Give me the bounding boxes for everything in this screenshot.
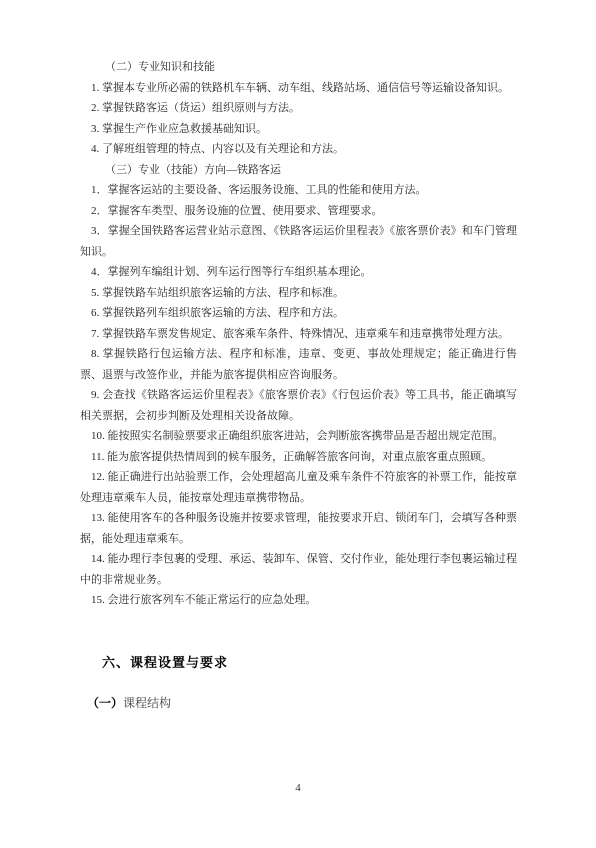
list-item: 4．掌握列车编组计划、列车运行图等行车组织基本理论。 bbox=[80, 262, 517, 283]
section-heading: 六、课程设置与要求 bbox=[80, 652, 517, 673]
list-item: 8. 掌握铁路行包运输方法、程序和标准，违章、变更、事故处理规定；能正确进行售票… bbox=[80, 344, 517, 385]
list-item: 14. 能办理行李包裹的受理、承运、装卸车、保管、交付作业，能处理行李包裹运输过… bbox=[80, 549, 517, 590]
list-item: 1. 掌握本专业所必需的铁路机车车辆、动车组、线路站场、通信信号等运输设备知识。 bbox=[80, 78, 517, 99]
list-item: 15. 会进行旅客列车不能正常运行的应急处理。 bbox=[80, 590, 517, 611]
list-item: 9. 会查找《铁路客运运价里程表》《旅客票价表》《行包运价表》等工具书，能正确填… bbox=[80, 385, 517, 426]
document-page: （二）专业知识和技能 1. 掌握本专业所必需的铁路机车车辆、动车组、线路站场、通… bbox=[0, 0, 596, 848]
list-item: 2. 掌握铁路客运（货运）组织原则与方法。 bbox=[80, 98, 517, 119]
list-item: 12. 能正确进行出站验票工作，会处理超高儿童及乘车条件不符旅客的补票工作，能按… bbox=[80, 467, 517, 508]
subsection-name: 课程结构 bbox=[123, 696, 171, 710]
list-item: 2．掌握客车类型、服务设施的位置、使用要求、管理要求。 bbox=[80, 201, 517, 222]
subsection-number: （一） bbox=[87, 696, 123, 710]
list-item: 5. 掌握铁路车站组织旅客运输的方法、程序和标准。 bbox=[80, 283, 517, 304]
page-content: （二）专业知识和技能 1. 掌握本专业所必需的铁路机车车辆、动车组、线路站场、通… bbox=[80, 57, 517, 715]
list-item: 11. 能为旅客提供热情周到的候车服务，正确解答旅客问询，对重点旅客重点照顾。 bbox=[80, 447, 517, 468]
list-item: 13. 能使用客车的各种服务设施并按要求管理，能按要求开启、锁闭车门，会填写各种… bbox=[80, 508, 517, 549]
list-item: 3．掌握全国铁路客运营业站示意图、《铁路客运运价里程表》《旅客票价表》和车门管理… bbox=[80, 221, 517, 262]
page-number: 4 bbox=[0, 782, 596, 794]
list-item: 4. 了解班组管理的特点、内容以及有关理论和方法。 bbox=[80, 139, 517, 160]
list-item: 6. 掌握铁路列车组织旅客运输的方法、程序和方法。 bbox=[80, 303, 517, 324]
list-item: 10. 能按照实名制验票要求正确组织旅客进站，会判断旅客携带品是否超出规定范围。 bbox=[80, 426, 517, 447]
list-item: 1．掌握客运站的主要设备、客运服务设施、工具的性能和使用方法。 bbox=[80, 180, 517, 201]
subsection-title: （一）课程结构 bbox=[80, 693, 517, 715]
subsection-heading-part-two: （二）专业知识和技能 bbox=[80, 57, 517, 78]
list-item: 7. 掌握铁路车票发售规定、旅客乘车条件、特殊情况、违章乘车和违章携带处理方法。 bbox=[80, 324, 517, 345]
list-item: 3. 掌握生产作业应急救援基础知识。 bbox=[80, 119, 517, 140]
subsection-heading-part-three: （三）专业（技能）方向—铁路客运 bbox=[80, 160, 517, 181]
